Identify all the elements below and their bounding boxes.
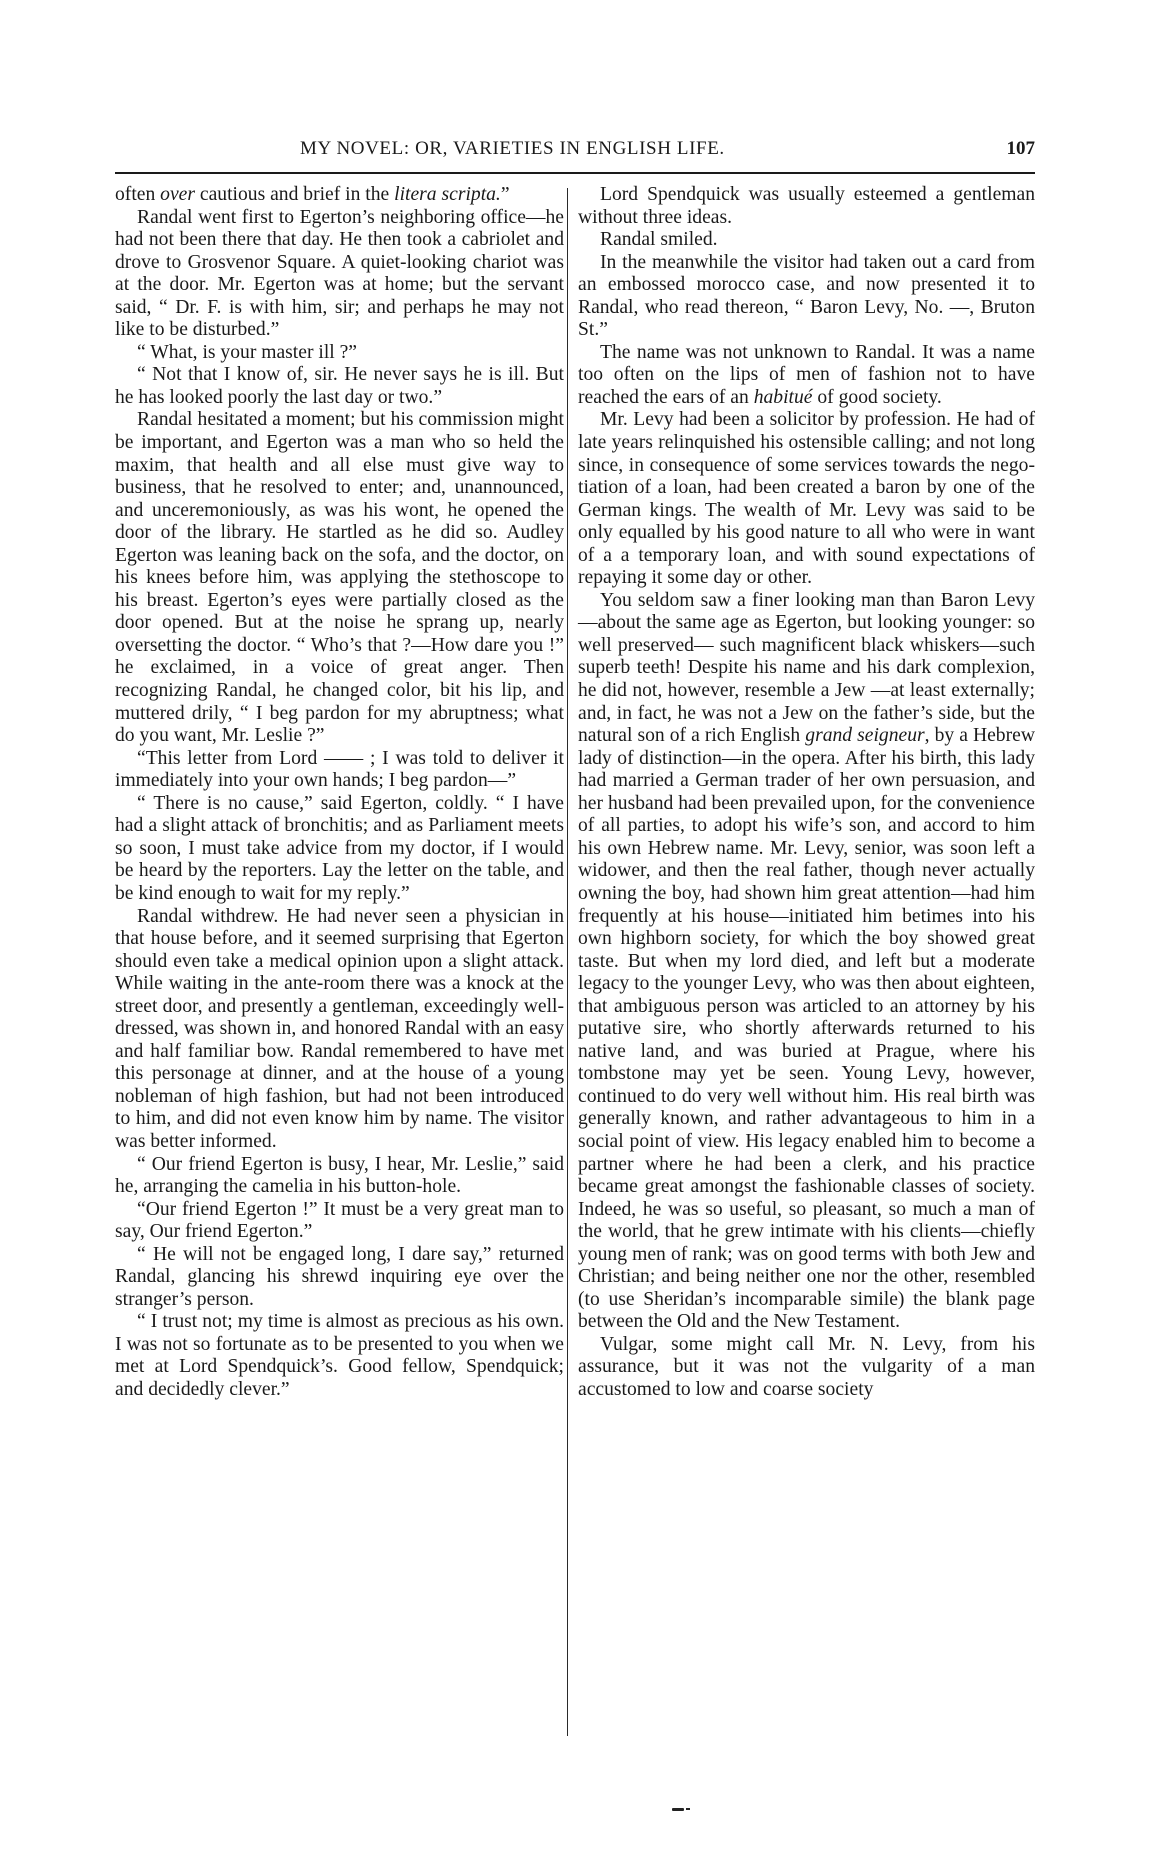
paragraph: Randal hesitated a moment; but his com­m… bbox=[115, 409, 564, 747]
paragraph: “ Not that I know of, sir. He never says… bbox=[115, 364, 564, 409]
running-title: My Novel: or, Varieties in English Life. bbox=[300, 138, 725, 160]
printer-mark bbox=[672, 1808, 684, 1811]
right-column: Lord Spendquick was usually esteemed a g… bbox=[578, 184, 1035, 1402]
italic-text: habitué bbox=[754, 387, 813, 408]
text-run: “Our friend Egerton !” It must be a very… bbox=[115, 1199, 564, 1243]
paragraph: “ What, is your master ill ?” bbox=[115, 342, 564, 365]
text-run: “ Not that I know of, sir. He never says… bbox=[115, 364, 564, 408]
text-run: In the meanwhile the visitor had taken o… bbox=[578, 252, 1035, 341]
left-column: often over cautious and brief in the lit… bbox=[115, 184, 564, 1402]
text-run: “This letter from Lord —— ; I was told t… bbox=[115, 748, 564, 792]
paragraph: Mr. Levy had been a solicitor by profes­… bbox=[578, 409, 1035, 589]
italic-text: grand seigneur bbox=[805, 725, 924, 746]
italic-text: litera scripta. bbox=[394, 184, 501, 205]
text-run: cautious and brief in the bbox=[195, 184, 394, 205]
paragraph: often over cautious and brief in the lit… bbox=[115, 184, 564, 207]
paragraph: In the meanwhile the visitor had taken o… bbox=[578, 252, 1035, 342]
text-run: Randal hesitated a moment; but his com­m… bbox=[115, 409, 564, 746]
paragraph: “ He will not be engaged long, I dare sa… bbox=[115, 1244, 564, 1312]
italic-text: over bbox=[160, 184, 195, 205]
paragraph: Randal withdrew. He had never seen a phy… bbox=[115, 906, 564, 1154]
paragraph: The name was not unknown to Randal. It w… bbox=[578, 342, 1035, 410]
paragraph: Randal smiled. bbox=[578, 229, 1035, 252]
text-run: Randal withdrew. He had never seen a phy… bbox=[115, 906, 564, 1152]
paragraph: Vulgar, some might call Mr. N. Levy, fro… bbox=[578, 1334, 1035, 1402]
paragraph: “ There is no cause,” said Egerton, cold… bbox=[115, 793, 564, 906]
running-head: My Novel: or, Varieties in English Life.… bbox=[300, 138, 1035, 164]
paragraph: You seldom saw a finer looking man than … bbox=[578, 590, 1035, 1334]
text-run: You seldom saw a finer looking man than … bbox=[578, 590, 1035, 746]
paragraph: “ Our friend Egerton is busy, I hear, Mr… bbox=[115, 1154, 564, 1199]
paragraph: “Our friend Egerton !” It must be a very… bbox=[115, 1199, 564, 1244]
header-rule bbox=[115, 172, 1035, 174]
book-page: My Novel: or, Varieties in English Life.… bbox=[0, 0, 1152, 1875]
text-run: of good society. bbox=[812, 387, 941, 408]
paragraph: Randal went first to Egerton’s neighbori… bbox=[115, 207, 564, 342]
paragraph: “This letter from Lord —— ; I was told t… bbox=[115, 748, 564, 793]
text-run: “ There is no cause,” said Egerton, cold… bbox=[115, 793, 564, 904]
paragraph: “ I trust not; my time is almost as prec… bbox=[115, 1311, 564, 1401]
text-run: , by a Hebrew lady of distinction—in the… bbox=[578, 725, 1035, 1332]
text-run: ” bbox=[501, 184, 510, 205]
text-run: “ He will not be engaged long, I dare sa… bbox=[115, 1244, 564, 1310]
page-number: 107 bbox=[1007, 138, 1036, 160]
text-run: “ I trust not; my time is almost as prec… bbox=[115, 1311, 564, 1400]
text-run: Randal went first to Egerton’s neighbori… bbox=[115, 207, 564, 341]
text-run: Randal smiled. bbox=[600, 229, 718, 250]
text-run: often bbox=[115, 184, 160, 205]
text-run: “ What, is your master ill ?” bbox=[137, 342, 357, 363]
text-run: Vulgar, some might call Mr. N. Levy, fro… bbox=[578, 1334, 1035, 1400]
printer-mark-tick bbox=[686, 1808, 690, 1810]
text-run: “ Our friend Egerton is busy, I hear, Mr… bbox=[115, 1154, 564, 1198]
column-divider bbox=[567, 188, 568, 1736]
paragraph: Lord Spendquick was usually esteemed a g… bbox=[578, 184, 1035, 229]
text-run: Mr. Levy had been a solicitor by profes­… bbox=[578, 409, 1035, 588]
text-run: Lord Spendquick was usually esteemed a g… bbox=[578, 184, 1035, 228]
